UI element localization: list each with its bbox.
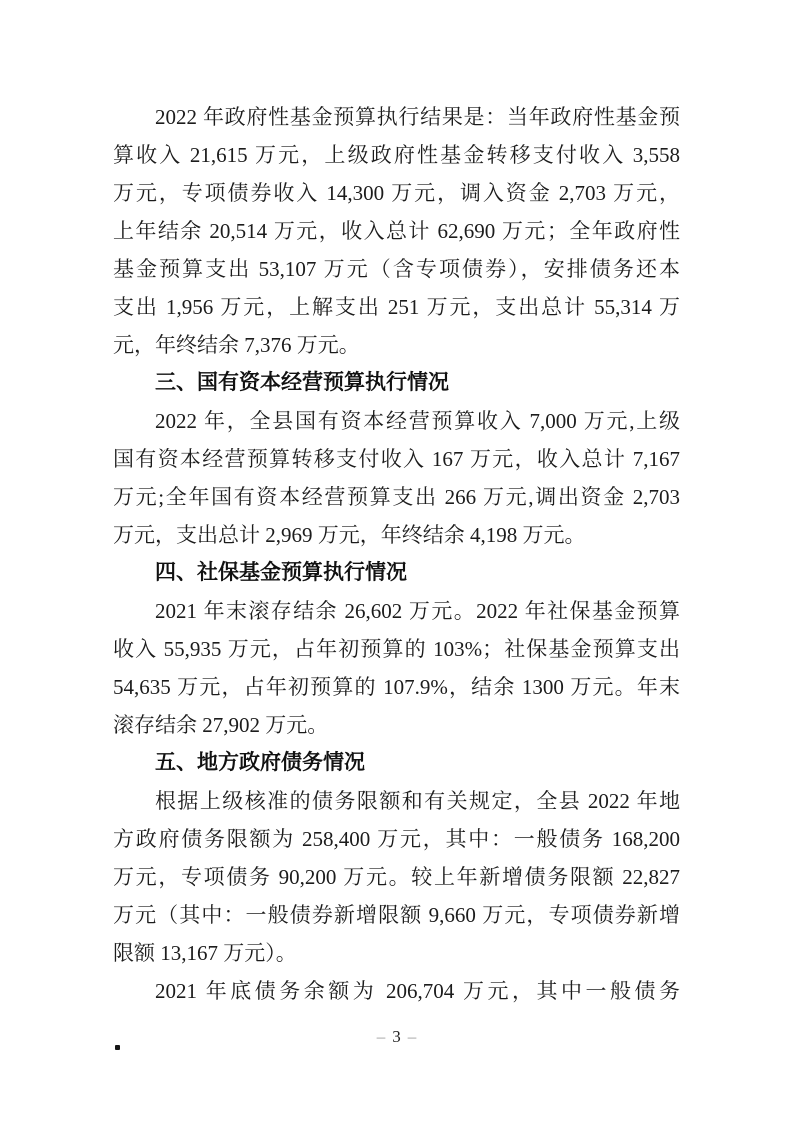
- text-line: 万元;全年国有资本经营预算支出 266 万元,调出资金 2,703: [113, 478, 680, 516]
- section-heading-state-capital: 三、国有资本经营预算执行情况: [113, 364, 680, 402]
- text-line: 上年结余 20,514 万元，收入总计 62,690 万元；全年政府性: [113, 212, 680, 250]
- paragraph-debt-balance: 2021 年底债务余额为 206,704 万元，其中一般债务: [113, 972, 680, 1010]
- text-line: 滚存结余 27,902 万元。: [113, 706, 680, 744]
- text-line: 万元，支出总计 2,969 万元，年终结余 4,198 万元。: [113, 516, 680, 554]
- text-line: 国有资本经营预算转移支付收入 167 万元，收入总计 7,167: [113, 440, 680, 478]
- text-line: 万元，专项债券收入 14,300 万元，调入资金 2,703 万元，: [113, 174, 680, 212]
- text-line: 方政府债务限额为 258,400 万元，其中：一般债务 168,200: [113, 820, 680, 858]
- text-line: 2022 年政府性基金预算执行结果是：当年政府性基金预: [113, 98, 680, 136]
- text-line: 元，年终结余 7,376 万元。: [113, 326, 680, 364]
- text-line: 万元（其中：一般债券新增限额 9,660 万元，专项债券新增: [113, 896, 680, 934]
- paragraph-debt-limit: 根据上级核准的债务限额和有关规定，全县 2022 年地 方政府债务限额为 258…: [113, 782, 680, 972]
- text-line: 2021 年末滚存结余 26,602 万元。2022 年社保基金预算: [113, 592, 680, 630]
- text-line: 算收入 21,615 万元，上级政府性基金转移支付收入 3,558: [113, 136, 680, 174]
- text-line: 2022 年，全县国有资本经营预算收入 7,000 万元,上级: [113, 402, 680, 440]
- text-line: 2021 年底债务余额为 206,704 万元，其中一般债务: [113, 972, 680, 1010]
- section-heading-local-debt: 五、地方政府债务情况: [113, 744, 680, 782]
- text-line: 基金预算支出 53,107 万元（含专项债券），安排债务还本: [113, 250, 680, 288]
- page-number-right-dash: –: [401, 1027, 424, 1046]
- text-line: 支出 1,956 万元，上解支出 251 万元，支出总计 55,314 万: [113, 288, 680, 326]
- stray-ink-dot: [115, 1045, 120, 1050]
- paragraph-social-security-budget: 2021 年末滚存结余 26,602 万元。2022 年社保基金预算 收入 55…: [113, 592, 680, 744]
- text-line: 限额 13,167 万元）。: [113, 934, 680, 972]
- text-line: 收入 55,935 万元，占年初预算的 103%；社保基金预算支出: [113, 630, 680, 668]
- page-body-text: 2022 年政府性基金预算执行结果是：当年政府性基金预 算收入 21,615 万…: [113, 98, 680, 1010]
- document-page: 2022 年政府性基金预算执行结果是：当年政府性基金预 算收入 21,615 万…: [0, 0, 793, 1122]
- section-heading-social-security: 四、社保基金预算执行情况: [113, 554, 680, 592]
- page-number-left-dash: –: [370, 1027, 393, 1046]
- text-line: 万元，专项债务 90,200 万元。较上年新增债务限额 22,827: [113, 858, 680, 896]
- page-number: 3: [392, 1027, 401, 1046]
- text-line: 54,635 万元，占年初预算的 107.9%，结余 1300 万元。年末: [113, 668, 680, 706]
- text-line: 根据上级核准的债务限额和有关规定，全县 2022 年地: [113, 782, 680, 820]
- paragraph-gov-fund-budget: 2022 年政府性基金预算执行结果是：当年政府性基金预 算收入 21,615 万…: [113, 98, 680, 364]
- paragraph-state-capital-budget: 2022 年，全县国有资本经营预算收入 7,000 万元,上级 国有资本经营预算…: [113, 402, 680, 554]
